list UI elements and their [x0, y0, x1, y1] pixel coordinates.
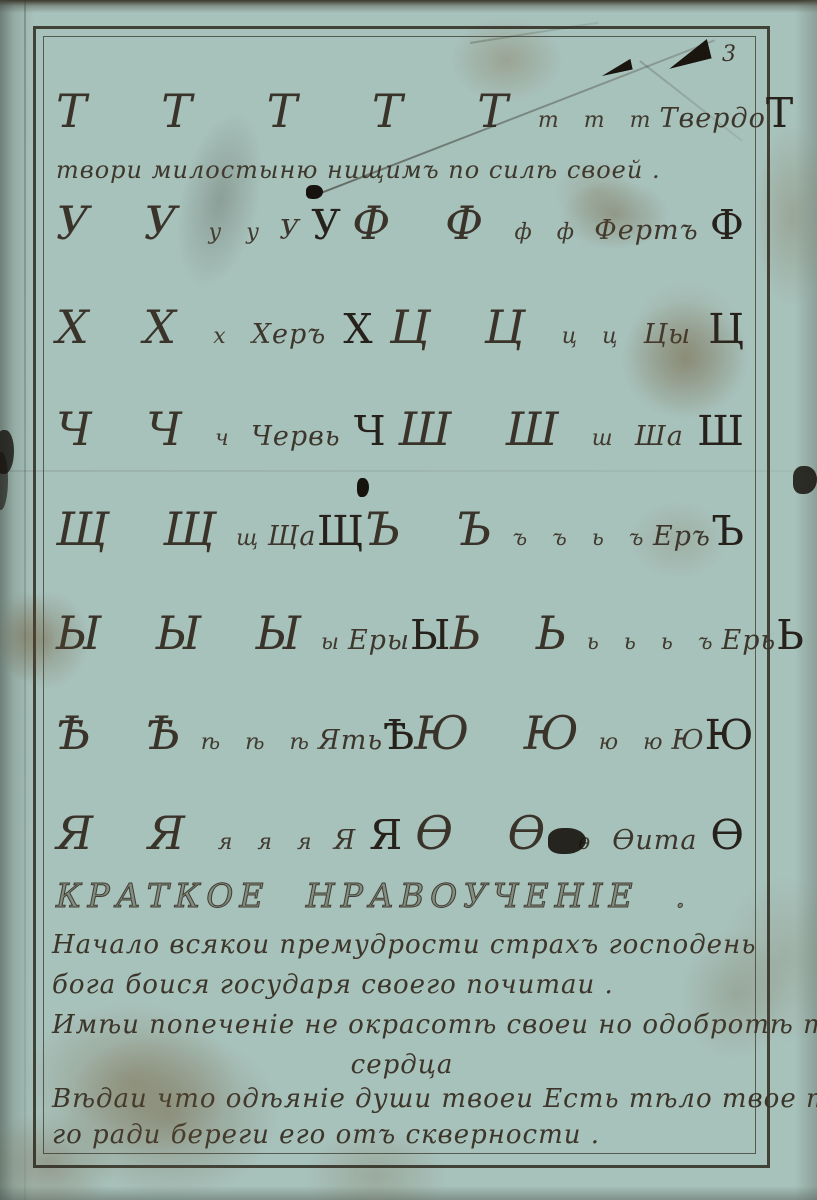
script-capitals: Х Х [56, 300, 196, 354]
script-lowercase: ы [321, 630, 348, 655]
letter-name: У [279, 215, 300, 246]
script-capitals: Я Я [56, 806, 205, 860]
printed-letter-mid: Ч [354, 407, 386, 455]
script-capitals: Ш Ш [399, 402, 579, 456]
script-capitals: Ы Ы Ы [56, 606, 321, 660]
script-lowercase: ѣ ѣ ѣ [201, 730, 318, 755]
printed-letter-margin: Ъ [711, 507, 744, 555]
script-lowercase: ь ь ь ъ [587, 630, 722, 655]
script-lowercase: х [213, 324, 234, 349]
script-capitals: Ь Ь [450, 606, 587, 660]
ink-blot [793, 466, 817, 494]
script-lowercase: ъ ъ ь ъ [513, 526, 653, 551]
printed-letter-margin: Ь [776, 611, 804, 659]
letter-name: Еры [348, 625, 410, 656]
letter-name: Ща [268, 521, 317, 552]
printed-letter-margin: Ф [710, 201, 744, 249]
script-capitals: Т Т Т Т Т [56, 84, 538, 138]
letter-row-ya-fita: Я Я я я я Я Я Ѳ Ѳ ѳ Ѳита Ѳ [56, 806, 744, 860]
script-capitals: Ф Ф [352, 196, 503, 250]
stain [60, 1030, 280, 1200]
script-capitals: Ц Ц [390, 300, 545, 354]
script-lowercase: ш [592, 426, 622, 451]
script-lowercase: ч [215, 426, 238, 451]
stain [560, 180, 670, 250]
printed-letter-mid: Я [369, 811, 402, 859]
stain [620, 300, 750, 420]
letter-name: Червь [251, 421, 341, 452]
script-lowercase: ц ц [562, 324, 627, 349]
script-capitals: Ъ Ъ [364, 502, 512, 556]
letter-name: Еръ [653, 521, 711, 552]
letter-name: Ѳита [612, 825, 697, 856]
manuscript-page: 3 Т Т Т Т Т т т т Твердо Т твори милосты… [0, 0, 817, 1200]
letter-name: Я [333, 825, 356, 856]
moral-line: Начало всякои премудрости страхъ господе… [52, 930, 752, 960]
moral-line: бога боися государя своего почитаи . [52, 970, 752, 1000]
letter-name: Ять [318, 725, 383, 756]
printed-letter-margin: Ю [705, 711, 754, 759]
printed-letter-margin: Ѳ [710, 811, 744, 859]
page-number: 3 [722, 42, 736, 67]
stain [680, 930, 790, 1060]
script-capitals: Щ Щ [56, 502, 236, 556]
script-capitals: Ю Ю [414, 706, 598, 760]
stain [0, 590, 90, 690]
script-lowercase: я я я [218, 830, 321, 855]
printed-letter-margin: Т [766, 89, 793, 137]
script-lowercase: щ [236, 526, 267, 551]
letter-row-tverdo: Т Т Т Т Т т т т Твердо Т [56, 84, 744, 138]
letter-row-yery-yeri: Ы Ы Ы ы Еры Ы Ь Ь ь ь ь ъ Ерь Ь [56, 606, 744, 660]
printed-letter-mid: Ѣ [383, 711, 414, 759]
printed-letter-mid: Щ [317, 507, 364, 555]
letter-row-shcha-yer: Щ Щ щ Ща Щ Ъ Ъ ъ ъ ь ъ Еръ Ъ [56, 502, 744, 556]
letter-row-yat-yu: Ѣ Ѣ ѣ ѣ ѣ Ять Ѣ Ю Ю ю ю Ю Ю [56, 706, 744, 760]
printed-letter-mid: У [311, 201, 341, 249]
example-sentence: твори милостыню нищимъ по силѣ своей . [56, 156, 661, 184]
section-heading: КРАТКОЕ НРАВОУЧЕНІЕ . [56, 876, 744, 915]
printed-letter-mid: Х [343, 305, 372, 353]
letter-name: Ша [635, 421, 684, 452]
letter-name: Херъ [252, 319, 326, 350]
script-capitals: Ч Ч [56, 402, 202, 456]
script-capitals: Ѳ Ѳ [415, 806, 565, 860]
printed-letter-mid: Ы [410, 611, 450, 659]
letter-name: Ю [671, 725, 704, 756]
letter-name: Ерь [721, 625, 776, 656]
script-capitals: Ѣ Ѣ [56, 706, 201, 760]
letter-row-cherv-sha: Ч Ч ч Червь Ч Ш Ш ш Ша Ш [56, 402, 744, 456]
script-lowercase: т т т [538, 108, 660, 133]
script-lowercase: ю ю [599, 730, 672, 755]
crease-line [0, 470, 817, 472]
